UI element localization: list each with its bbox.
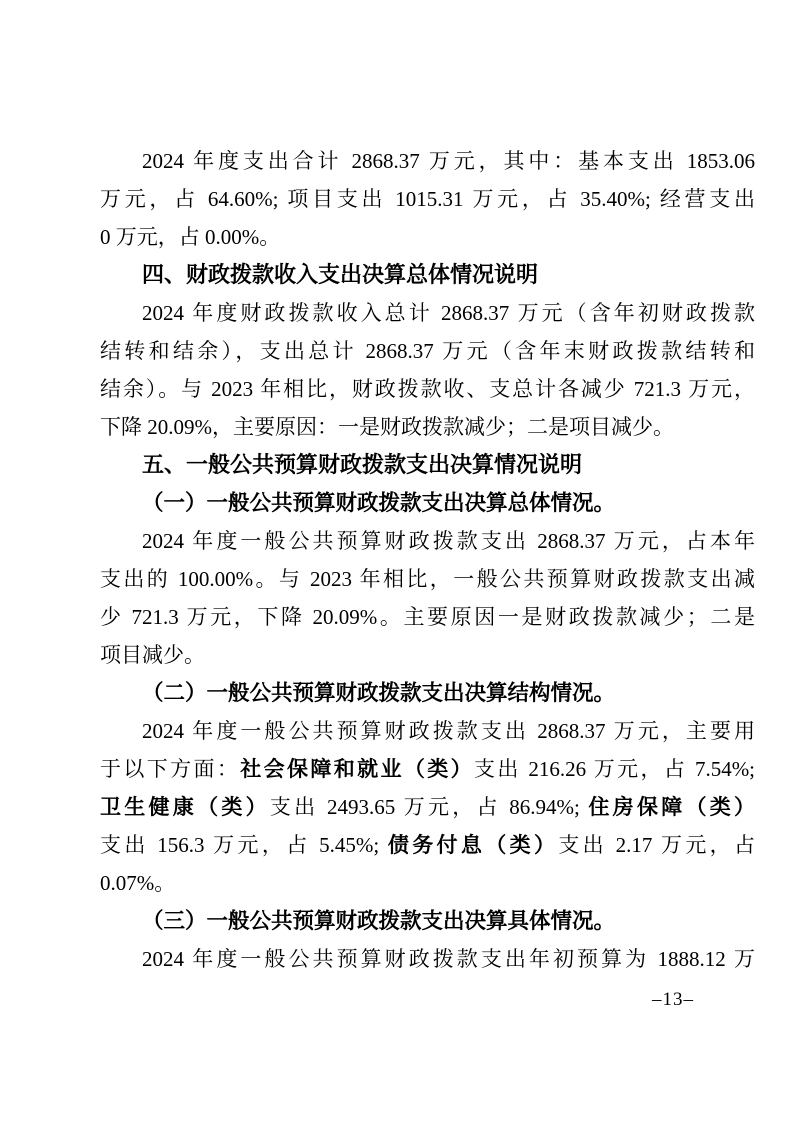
paragraph-line: 0.07%。 <box>100 864 755 902</box>
text: 支出 156.3 万元，占 5.45%; <box>100 833 388 857</box>
document-body: 2024 年度支出合计 2868.37 万元，其中：基本支出 1853.06万元… <box>100 142 755 978</box>
bold-text: 四、财政拨款收入支出决算总体情况说明 <box>142 262 538 287</box>
text: 2024 年度支出合计 2868.37 万元，其中：基本支出 1853.06 <box>142 149 755 173</box>
paragraph-line: 2024 年度财政拨款收入总计 2868.37 万元（含年初财政拨款 <box>100 294 755 332</box>
text: 万元，占 64.60%; 项目支出 1015.31 万元，占 35.40%; 经… <box>100 187 755 211</box>
paragraph-line: 支出的 100.00%。与 2023 年相比，一般公共预算财政拨款支出减 <box>100 560 755 598</box>
text: 项目减少。 <box>100 643 205 667</box>
bold-text: 债务付息（类） <box>388 833 558 857</box>
paragraph-line: 结转和结余），支出总计 2868.37 万元（含年末财政拨款结转和 <box>100 332 755 370</box>
text: 结转和结余），支出总计 2868.37 万元（含年末财政拨款结转和 <box>100 339 755 363</box>
paragraph-line: 2024 年度一般公共预算财政拨款支出年初预算为 1888.12 万 <box>100 940 755 978</box>
document-page: 2024 年度支出合计 2868.37 万元，其中：基本支出 1853.06万元… <box>0 0 793 1122</box>
text: 2024 年度财政拨款收入总计 2868.37 万元（含年初财政拨款 <box>142 301 755 325</box>
bold-text: （二）一般公共预算财政拨款支出决算结构情况。 <box>142 681 615 705</box>
paragraph-line: 0 万元，占 0.00%。 <box>100 218 755 256</box>
text: 0.07%。 <box>100 871 175 895</box>
paragraph-line: 2024 年度一般公共预算财政拨款支出 2868.37 万元，主要用 <box>100 712 755 750</box>
subsection-heading: （一）一般公共预算财政拨款支出决算总体情况。 <box>100 484 755 522</box>
text: 支出 216.26 万元，占 7.54%; <box>474 757 755 781</box>
text: 0 万元，占 0.00%。 <box>100 225 280 249</box>
text: 少 721.3 万元，下降 20.09%。主要原因一是财政拨款减少；二是 <box>100 605 755 629</box>
section-heading: 五、一般公共预算财政拨款支出决算情况说明 <box>100 446 755 484</box>
text: 支出 2493.65 万元，占 86.94%; <box>270 795 589 819</box>
paragraph-line: 下降 20.09%，主要原因：一是财政拨款减少；二是项目减少。 <box>100 408 755 446</box>
text: 支出 2.17 万元，占 <box>558 833 755 857</box>
paragraph-line: 项目减少。 <box>100 636 755 674</box>
text: 于以下方面： <box>100 757 240 781</box>
paragraph-line: 结余）。与 2023 年相比，财政拨款收、支总计各减少 721.3 万元， <box>100 370 755 408</box>
paragraph-line: 2024 年度一般公共预算财政拨款支出 2868.37 万元，占本年 <box>100 522 755 560</box>
bold-text: （三）一般公共预算财政拨款支出决算具体情况。 <box>142 909 615 933</box>
text: 2024 年度一般公共预算财政拨款支出 2868.37 万元，主要用 <box>142 719 755 743</box>
text: 2024 年度一般公共预算财政拨款支出年初预算为 1888.12 万 <box>142 947 755 971</box>
subsection-heading: （二）一般公共预算财政拨款支出决算结构情况。 <box>100 674 755 712</box>
text: 结余）。与 2023 年相比，财政拨款收、支总计各减少 721.3 万元， <box>100 377 755 401</box>
text: 2024 年度一般公共预算财政拨款支出 2868.37 万元，占本年 <box>142 529 755 553</box>
paragraph-line: 卫生健康（类）支出 2493.65 万元，占 86.94%; 住房保障（类） <box>100 788 755 826</box>
paragraph-line: 支出 156.3 万元，占 5.45%; 债务付息（类）支出 2.17 万元，占 <box>100 826 755 864</box>
subsection-heading: （三）一般公共预算财政拨款支出决算具体情况。 <box>100 902 755 940</box>
text: 支出的 100.00%。与 2023 年相比，一般公共预算财政拨款支出减 <box>100 567 755 591</box>
paragraph-line: 2024 年度支出合计 2868.37 万元，其中：基本支出 1853.06 <box>100 142 755 180</box>
bold-text: 卫生健康（类） <box>100 795 270 819</box>
page-number: –13– <box>652 988 694 1012</box>
bold-text: 社会保障和就业（类） <box>240 757 474 781</box>
bold-text: （一）一般公共预算财政拨款支出决算总体情况。 <box>142 491 615 515</box>
text: 下降 20.09%，主要原因：一是财政拨款减少；二是项目减少。 <box>100 415 674 439</box>
bold-text: 五、一般公共预算财政拨款支出决算情况说明 <box>142 452 582 477</box>
paragraph-line: 万元，占 64.60%; 项目支出 1015.31 万元，占 35.40%; 经… <box>100 180 755 218</box>
bold-text: 住房保障（类） <box>588 795 755 819</box>
paragraph-line: 少 721.3 万元，下降 20.09%。主要原因一是财政拨款减少；二是 <box>100 598 755 636</box>
section-heading: 四、财政拨款收入支出决算总体情况说明 <box>100 256 755 294</box>
paragraph-line: 于以下方面：社会保障和就业（类）支出 216.26 万元，占 7.54%; <box>100 750 755 788</box>
